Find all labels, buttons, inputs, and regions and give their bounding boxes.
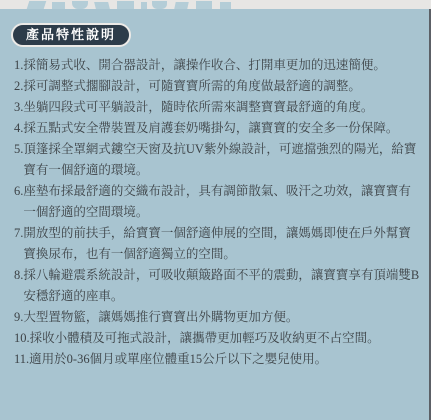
feature-text: 採簡易式收、開合器設計，讓操作收合、打開車更加的迅速簡便。 bbox=[23, 55, 423, 76]
feature-text: 開放型的前扶手，給寶寶一個舒適伸展的空間，讓媽媽即使在戶外幫寶寶換尿布，也有一個… bbox=[23, 223, 423, 265]
section-title-badge: 產品特性說明 bbox=[11, 23, 131, 47]
feature-number: 10. bbox=[14, 328, 30, 349]
letter-fragment bbox=[72, 1, 88, 9]
letter-fragment bbox=[52, 2, 65, 9]
feature-item-3: 3. 坐躺四段式可平躺設計，隨時依所需來調整寶寶最舒適的角度。 bbox=[14, 97, 423, 118]
letter-fragment bbox=[174, 2, 188, 9]
feature-text: 採收小體積及可拖式設計，讓攜帶更加輕巧及收納更不占空間。 bbox=[30, 328, 423, 349]
feature-text: 頂篷採全罩網式鏤空天窗及抗UV紫外線設計，可遮擋強烈的陽光，給寶寶有一個舒適的環… bbox=[23, 139, 423, 181]
feature-text: 採八輪避震系統設計，可吸收顛簸路面不平的震動，讓寶寶享有頂端雙B安穩舒適的座車。 bbox=[23, 265, 423, 307]
letter-fragment bbox=[141, 2, 147, 9]
feature-number: 3. bbox=[14, 97, 23, 118]
product-feature-page: 產品特性說明 1. 採簡易式收、開合器設計，讓操作收合、打開車更加的迅速簡便。 … bbox=[0, 0, 431, 420]
feature-item-4: 4. 採五點式安全帶裝置及肩護套奶嘴掛勾，讓寶寶的安全多一份保障。 bbox=[14, 118, 423, 139]
feature-number: 7. bbox=[14, 223, 23, 244]
feature-number: 11. bbox=[14, 349, 29, 370]
feature-item-10: 10. 採收小體積及可拖式設計，讓攜帶更加輕巧及收納更不占空間。 bbox=[14, 328, 423, 349]
feature-number: 4. bbox=[14, 118, 23, 139]
feature-number: 9. bbox=[14, 307, 23, 328]
feature-panel: 產品特性說明 1. 採簡易式收、開合器設計，讓操作收合、打開車更加的迅速簡便。 … bbox=[0, 9, 431, 420]
letter-fragment bbox=[196, 1, 212, 9]
feature-text: 適用於0-36個月或單座位體重15公斤以下之嬰兒使用。 bbox=[29, 349, 423, 370]
feature-item-6: 6. 座墊布採最舒適的交織布設計，具有調節散氣、吸汗之功效，讓寶寶有一個舒適的空… bbox=[14, 181, 423, 223]
feature-number: 2. bbox=[14, 76, 23, 97]
clipped-letters-decoration bbox=[0, 0, 431, 9]
feature-item-8: 8. 採八輪避震系統設計，可吸收顛簸路面不平的震動，讓寶寶享有頂端雙B安穩舒適的… bbox=[14, 265, 423, 307]
feature-item-11: 11. 適用於0-36個月或單座位體重15公斤以下之嬰兒使用。 bbox=[14, 349, 423, 370]
feature-text: 大型置物籃，讓媽媽推行寶寶出外購物更加方便。 bbox=[23, 307, 423, 328]
letter-fragment bbox=[220, 2, 231, 9]
feature-item-2: 2. 採可調整式擱腳設計，可隨寶寶所需的角度做最舒適的調整。 bbox=[14, 76, 423, 97]
feature-item-9: 9. 大型置物籃，讓媽媽推行寶寶出外購物更加方便。 bbox=[14, 307, 423, 328]
letter-fragment bbox=[94, 2, 110, 9]
feature-text: 座墊布採最舒適的交織布設計，具有調節散氣、吸汗之功效，讓寶寶有一個舒適的空間環境… bbox=[23, 181, 423, 223]
letter-fragment bbox=[152, 1, 167, 9]
feature-text: 採可調整式擱腳設計，可隨寶寶所需的角度做最舒適的調整。 bbox=[23, 76, 423, 97]
feature-number: 6. bbox=[14, 181, 23, 202]
feature-item-1: 1. 採簡易式收、開合器設計，讓操作收合、打開車更加的迅速簡便。 bbox=[14, 55, 423, 76]
feature-list: 1. 採簡易式收、開合器設計，讓操作收合、打開車更加的迅速簡便。 2. 採可調整… bbox=[14, 55, 423, 370]
feature-item-7: 7. 開放型的前扶手，給寶寶一個舒適伸展的空間，讓媽媽即使在戶外幫寶寶換尿布，也… bbox=[14, 223, 423, 265]
feature-number: 1. bbox=[14, 55, 23, 76]
feature-number: 5. bbox=[14, 139, 23, 160]
letter-fragment bbox=[117, 1, 134, 9]
feature-number: 8. bbox=[14, 265, 23, 286]
feature-text: 採五點式安全帶裝置及肩護套奶嘴掛勾，讓寶寶的安全多一份保障。 bbox=[23, 118, 423, 139]
letter-fragment bbox=[27, 1, 47, 9]
feature-text: 坐躺四段式可平躺設計，隨時依所需來調整寶寶最舒適的角度。 bbox=[23, 97, 423, 118]
feature-item-5: 5. 頂篷採全罩網式鏤空天窗及抗UV紫外線設計，可遮擋強烈的陽光，給寶寶有一個舒… bbox=[14, 139, 423, 181]
